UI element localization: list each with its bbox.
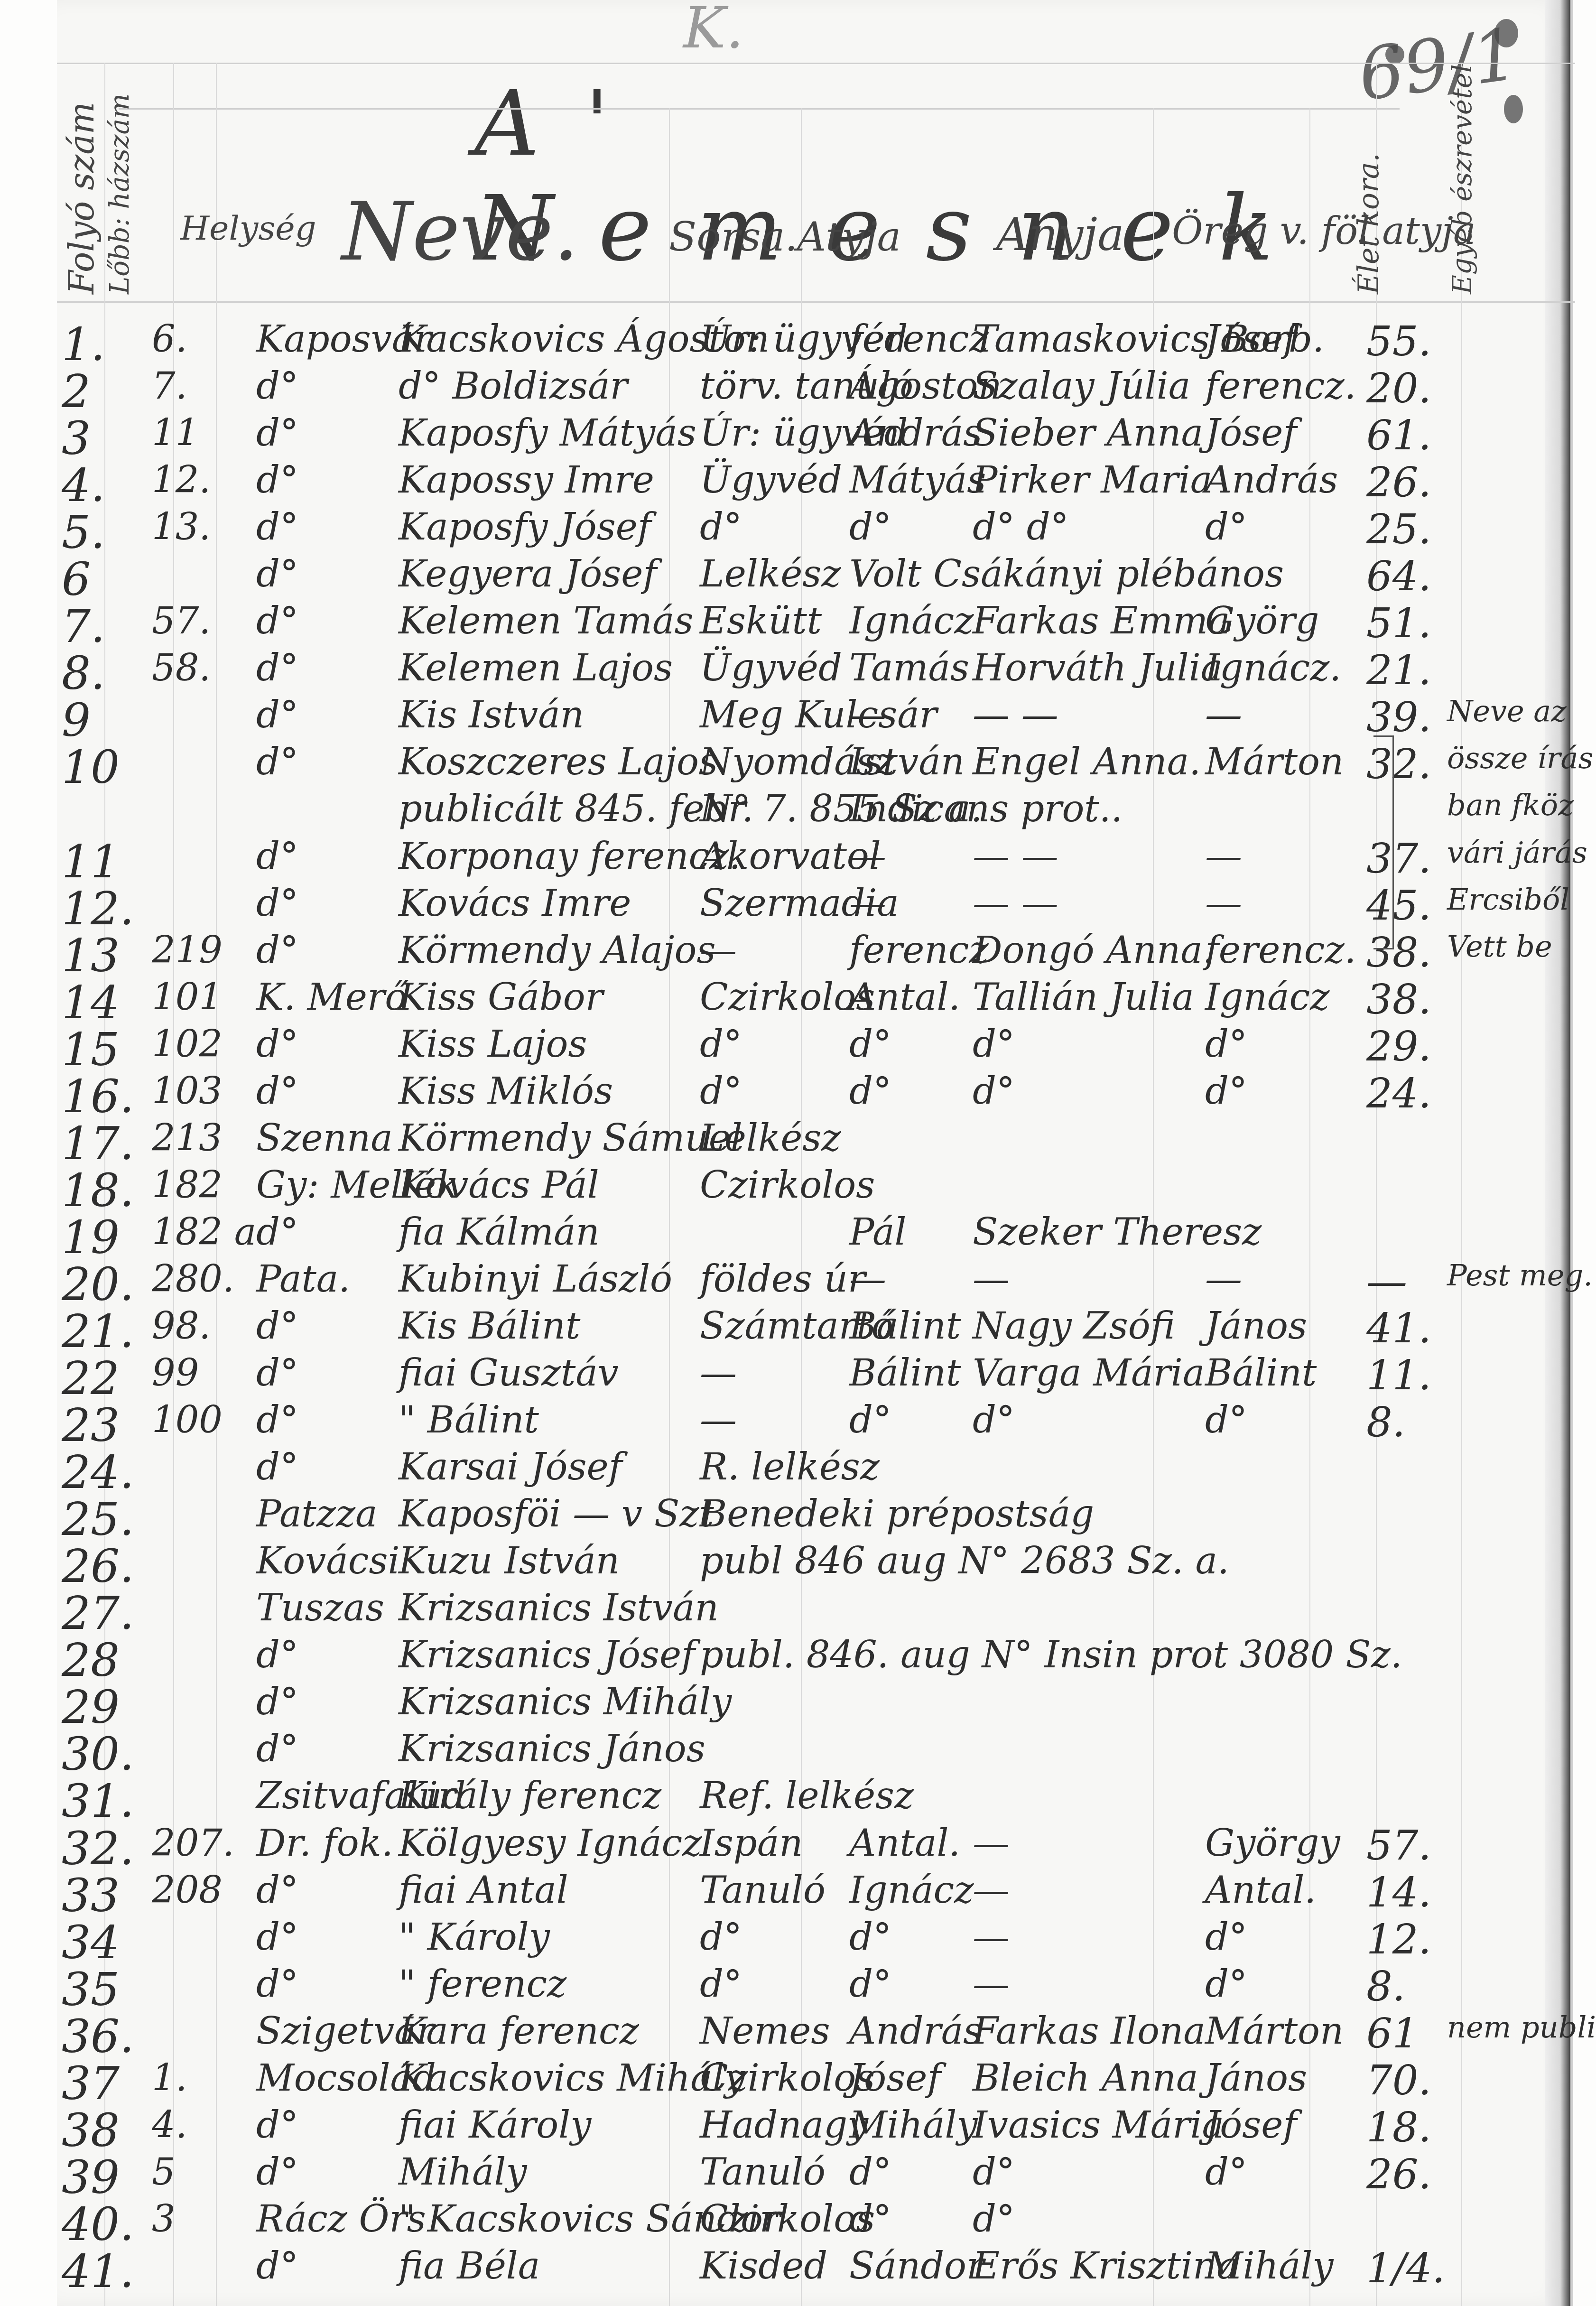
cell-place: d° — [256, 1869, 298, 1912]
table-row: 7.57.d°Kelemen TamásEsküttIgnáczFarkas E… — [57, 600, 1596, 652]
note-bracket — [1373, 735, 1394, 949]
cell-house-number: 102 — [152, 1023, 223, 1066]
cell-father: d° — [849, 2198, 891, 2241]
cell-row-number: 5. — [62, 506, 105, 559]
cell-age: 51. — [1366, 600, 1431, 647]
cell-age: 12. — [1366, 1916, 1431, 1963]
cell-mother: Pirker Maria — [973, 459, 1212, 502]
cell-father: d° — [849, 506, 891, 549]
cell-house-number: 101 — [152, 976, 223, 1019]
cell-place: Tuszas — [256, 1587, 384, 1629]
cell-grandfather: János — [1205, 1305, 1307, 1348]
cell-mother: — — [973, 1869, 1010, 1912]
cell-place: Patzza — [256, 1493, 378, 1535]
cell-place: d° — [256, 412, 298, 455]
cell-house-number: 219 — [152, 929, 223, 972]
cell-age: 39. — [1366, 694, 1431, 741]
ledger-page: K. 69/1 A' Nemesnek Folyó szám Lőbb: ház… — [57, 0, 1573, 2306]
table-row: 6d°Kegyera JósefLelkészVolt Csákányi plé… — [57, 553, 1596, 605]
header-oreg-atyja: Öreg v. föl atyja — [1172, 209, 1476, 253]
cell-grandfather: — — [1205, 835, 1242, 878]
table-row: 395d°MihályTanulód°d°d°26. — [57, 2151, 1596, 2203]
cell-house-number: 98. — [152, 1305, 211, 1348]
cell-person-name: fiai Gusztáv — [399, 1352, 619, 1395]
cell-remark: Pest meg. — [1447, 1258, 1593, 1292]
cell-mother: Ivasics Mária — [973, 2104, 1224, 2147]
cell-place: d° — [256, 835, 298, 878]
cell-place: d° — [256, 1399, 298, 1441]
cell-row-number: 6 — [62, 553, 91, 606]
cell-person-name: Kaposfy Mátyás — [399, 412, 696, 455]
cell-father: István — [849, 741, 965, 783]
cell-row-number: 22 — [62, 1352, 120, 1405]
cell-status: — — [700, 929, 737, 972]
cell-mother: d° — [973, 1070, 1015, 1113]
cell-row-number: 23 — [62, 1399, 120, 1452]
cell-grandfather: — — [1205, 694, 1242, 736]
cell-mother: Tallián Julia — [973, 976, 1194, 1019]
cell-person-name: Kiss Lajos — [399, 1023, 587, 1066]
table-row: 32.207.Dr. fok.Kölgyesy IgnáczIspánAntal… — [57, 1822, 1596, 1874]
header-rule — [119, 108, 1400, 110]
table-row: 33208d°fiai AntalTanulóIgnácz—Antal.14. — [57, 1869, 1596, 1921]
cell-mother: Engel Anna. — [973, 741, 1201, 783]
cell-row-number: 24. — [62, 1446, 134, 1499]
cell-status: Czirkolos — [700, 976, 875, 1019]
cell-grandfather: György — [1205, 1822, 1340, 1865]
cell-grandfather: — — [1205, 882, 1242, 925]
cell-house-number: 100 — [152, 1399, 223, 1441]
table-row: 19182 ad°fia KálmánPálSzeker Theresz — [57, 1211, 1596, 1263]
cell-row-number: 26. — [62, 1540, 134, 1593]
table-row: 14101K. MerőKiss GáborCzirkolosAntal.Tal… — [57, 976, 1596, 1028]
cell-row-number: 37 — [62, 2057, 120, 2110]
table-row: 25.PatzzaKaposföi — v SztBenedeki prépos… — [57, 1493, 1596, 1545]
cell-mother: — — — [973, 694, 1058, 736]
cell-age: 61. — [1366, 412, 1431, 459]
cell-age: 14. — [1366, 1869, 1431, 1916]
cell-house-number: 207. — [152, 1822, 234, 1865]
cell-age: 38. — [1366, 976, 1431, 1023]
cell-father: — — [849, 835, 886, 878]
cell-place: d° — [256, 1634, 298, 1676]
cell-person-name: Kacskovics Mihály — [399, 2057, 745, 2100]
cell-row-number: 20. — [62, 1258, 134, 1311]
table-row: 384.d°fiai KárolyHadnagyMihályIvasics Má… — [57, 2104, 1596, 2156]
cell-age: 20. — [1366, 365, 1431, 412]
cell-status: földes úr — [700, 1258, 865, 1301]
cell-row-number: 15 — [62, 1023, 120, 1076]
cell-person-name: " Károly — [399, 1916, 550, 1959]
cell-place: d° — [256, 506, 298, 549]
cell-father: Indicans prot.. — [849, 788, 1123, 830]
cell-status: publ 846 aug N° 2683 Sz. a. — [700, 1540, 1229, 1582]
header-egyeb: Egyéb észrevétel — [1447, 64, 1478, 294]
cell-status: Ref. lelkész — [700, 1775, 914, 1817]
cell-row-number: 8. — [62, 647, 105, 700]
cell-person-name: fiai Károly — [399, 2104, 591, 2147]
pencil-mark: K. — [683, 0, 744, 61]
header-atyja: Atyja — [797, 214, 901, 260]
cell-row-number: 13 — [62, 929, 120, 982]
cell-grandfather: Jósef — [1205, 412, 1297, 455]
table-row: 4.12.d°Kapossy ImreÜgyvédMátyásPirker Ma… — [57, 459, 1596, 511]
table-row: 10d°Koszczeres LajosNyomdászIstvánEngel … — [57, 741, 1596, 793]
header-rule — [57, 63, 1575, 64]
cell-house-number: 4. — [152, 2104, 187, 2147]
cell-father: Bálint — [849, 1352, 961, 1395]
cell-age: 61 — [1366, 2010, 1418, 2057]
cell-place: d° — [256, 882, 298, 925]
cell-status: Ügyvéd — [700, 459, 842, 502]
cell-age: 26. — [1366, 459, 1431, 506]
table-row: 311d°Kaposfy MátyásÚr: ügyvédAndrásSiebe… — [57, 412, 1596, 464]
table-row: 34d°" Károlyd°d°—d°12. — [57, 1916, 1596, 1968]
cell-grandfather: András — [1205, 459, 1338, 502]
cell-status: Tanuló — [700, 2151, 826, 2194]
header-folyo-szam: Folyó szám — [62, 102, 102, 294]
cell-father: Sándor — [849, 2245, 984, 2287]
cell-place: d° — [256, 1352, 298, 1395]
cell-person-name: Kovács Imre — [399, 882, 631, 925]
cell-father: Antal. — [849, 1822, 960, 1865]
table-row: 36.SzigetvárKara ferenczNemesAndrásFarka… — [57, 2010, 1596, 2062]
cell-grandfather: d° — [1205, 1963, 1247, 2006]
cell-age: 18. — [1366, 2104, 1431, 2151]
cell-row-number: 36. — [62, 2010, 134, 2063]
cell-house-number: 12. — [152, 459, 211, 502]
cell-father: d° — [849, 1916, 891, 1959]
cell-place: d° — [256, 647, 298, 689]
cell-row-number: 31. — [62, 1775, 134, 1828]
cell-grandfather: — — [1205, 1258, 1242, 1301]
cell-house-number: 57. — [152, 600, 211, 642]
cell-age: 26. — [1366, 2151, 1431, 2198]
cell-age: 25. — [1366, 506, 1431, 553]
cell-row-number: 11 — [62, 835, 120, 888]
cell-person-name: Kegyera Jósef — [399, 553, 657, 595]
cell-status: Benedeki prépostság — [700, 1493, 1094, 1535]
cell-place: K. Merő — [256, 976, 407, 1019]
table-row: publicált 845. febr.N° 7. 855 Sz a.Indic… — [57, 788, 1596, 840]
cell-mother: Varga Mária — [973, 1352, 1205, 1395]
cell-father: ferencz — [849, 929, 989, 972]
cell-person-name: Kuzu István — [399, 1540, 620, 1582]
cell-person-name: Kaposfy Jósef — [399, 506, 651, 549]
cell-mother: d° — [973, 2151, 1015, 2194]
cell-mother: d° d° — [973, 506, 1069, 549]
cell-mother: — — [973, 1963, 1010, 2006]
cell-person-name: Krizsanics Jósef — [399, 1634, 695, 1676]
cell-row-number: 2 — [62, 365, 91, 418]
cell-father: Antal. — [849, 976, 960, 1019]
table-row: 20.280.Pata.Kubinyi Lászlóföldes úr————P… — [57, 1258, 1596, 1310]
cell-status: R. lelkész — [700, 1446, 880, 1488]
cell-remark: Neve az — [1447, 694, 1567, 728]
cell-grandfather: ferencz. — [1205, 365, 1356, 408]
table-row: 8.58.d°Kelemen LajosÜgyvédTamásHorváth J… — [57, 647, 1596, 699]
cell-person-name: Kaposföi — v Szt — [399, 1493, 714, 1535]
cell-age: 29. — [1366, 1023, 1431, 1070]
cell-age: 8. — [1366, 1399, 1405, 1446]
cell-grandfather: Antal. — [1205, 1869, 1316, 1912]
cell-row-number: 25. — [62, 1493, 134, 1546]
cell-mother: Bleich Anna — [973, 2057, 1198, 2100]
table-row: 12.d°Kovács ImreSzermadia—— ——45.Ercsibő… — [57, 882, 1596, 934]
cell-place: d° — [256, 1681, 298, 1723]
cell-status: Czirkolos — [700, 1164, 875, 1207]
cell-father: d° — [849, 1070, 891, 1113]
cell-remark: Ercsiből — [1447, 882, 1569, 917]
cell-house-number: 5 — [152, 2151, 176, 2194]
cell-row-number: 29 — [62, 1681, 120, 1734]
cell-place: d° — [256, 929, 298, 972]
table-row: 15102d°Kiss Lajosd°d°d°d°29. — [57, 1023, 1596, 1075]
cell-row-number: 21. — [62, 1305, 134, 1358]
cell-person-name: fia Béla — [399, 2245, 540, 2287]
cell-row-number: 39 — [62, 2151, 120, 2204]
table-row: 371.MocsoládKacskovics MihályCzirkolosJó… — [57, 2057, 1596, 2109]
header-helyseg: Helység — [180, 209, 316, 248]
cell-person-name: Kiss Miklós — [399, 1070, 613, 1113]
cell-row-number: 14 — [62, 976, 120, 1029]
cell-person-name: Kovács Pál — [399, 1164, 599, 1207]
header-neve: Neve. — [342, 185, 579, 279]
cell-place: Pata. — [256, 1258, 350, 1301]
cell-father: Volt Csákányi plébános — [849, 553, 1284, 595]
table-row: 21.98.d°Kis BálintSzámtartóBálintNagy Zs… — [57, 1305, 1596, 1357]
table-row: 13219d°Körmendy Alajos—ferenczDongó Anna… — [57, 929, 1596, 981]
header-hazszam: Lőbb: házszám — [104, 93, 135, 294]
cell-row-number: 35 — [62, 1963, 120, 2016]
cell-mother: — — — [973, 835, 1058, 878]
cell-row-number: 7. — [62, 600, 105, 653]
cell-place: d° — [256, 2151, 298, 2194]
cell-person-name: " ferencz — [399, 1963, 566, 2006]
cell-place: d° — [256, 600, 298, 642]
cell-status: Meg Kulcsár — [700, 694, 937, 736]
cell-status: Kisded — [700, 2245, 827, 2287]
cell-remark: ban fköz — [1447, 788, 1574, 822]
cell-row-number: 30. — [62, 1728, 134, 1781]
cell-father: d° — [849, 1963, 891, 2006]
cell-father: ferencz — [849, 318, 989, 361]
table-row: 9d°Kis IstvánMeg Kulcsár—— ——39.Neve az — [57, 694, 1596, 746]
table-row: 26.KovácsiKuzu Istvánpubl 846 aug N° 268… — [57, 1540, 1596, 1592]
cell-father: András — [849, 412, 982, 455]
cell-mother: Horváth Julia — [973, 647, 1223, 689]
cell-status: d° — [700, 1963, 742, 2006]
cell-place: d° — [256, 553, 298, 595]
cell-place: d° — [256, 2104, 298, 2147]
cell-place: d° — [256, 1446, 298, 1488]
cell-grandfather: Jósef — [1205, 2104, 1297, 2147]
cell-person-name: fia Kálmán — [399, 1211, 600, 1254]
cell-remark: Vett be — [1447, 929, 1552, 964]
cell-person-name: Kubinyi László — [399, 1258, 672, 1301]
cell-status: Eskütt — [700, 600, 822, 642]
table-row: 24.d°Karsai JósefR. lelkész — [57, 1446, 1596, 1498]
cell-house-number: 103 — [152, 1070, 223, 1113]
cell-status: publ. 846. aug N° Insin prot 3080 Sz. — [700, 1634, 1402, 1676]
cell-row-number: 18. — [62, 1164, 134, 1217]
table-row: 29d°Krizsanics Mihály — [57, 1681, 1596, 1733]
cell-person-name: Korponay ferencz. — [399, 835, 741, 878]
cell-status: Hadnagy — [700, 2104, 868, 2147]
cell-father: Bálint — [849, 1305, 961, 1348]
header-rule — [57, 301, 1575, 303]
cell-mother: Dongó Anna. — [973, 929, 1215, 972]
cell-place: d° — [256, 741, 298, 783]
cell-status: — — [700, 1352, 737, 1395]
cell-age: 41. — [1366, 1305, 1431, 1352]
cell-person-name: " Bálint — [399, 1399, 539, 1441]
cell-status: Lelkész — [700, 1117, 841, 1160]
cell-mother: — — — [973, 882, 1058, 925]
cell-house-number: 7. — [152, 365, 187, 408]
cell-house-number: 213 — [152, 1117, 223, 1160]
table-row: 30.d°Krizsanics János — [57, 1728, 1596, 1780]
cell-father: Tamás — [849, 647, 969, 689]
cell-row-number: 34 — [62, 1916, 120, 1969]
cell-mother: d° — [973, 2198, 1015, 2241]
cell-age: 64. — [1366, 553, 1431, 600]
cell-status: — — [700, 1399, 737, 1441]
cell-mother: — — [973, 1258, 1010, 1301]
cell-person-name: Krizsanics János — [399, 1728, 705, 1770]
cell-row-number: 12. — [62, 882, 134, 935]
header-sorsa: Sorsa. — [669, 214, 798, 260]
table-row: 40.3Rácz Örs" Kacskovics SándorCzirkolos… — [57, 2198, 1596, 2250]
table-row: 23100d°" Bálint—d°d°d°8. — [57, 1399, 1596, 1451]
cell-row-number: 16. — [62, 1070, 134, 1123]
cell-row-number: 9 — [62, 694, 91, 747]
cell-person-name: Kiss Gábor — [399, 976, 603, 1019]
cell-person-name: Kis Bálint — [399, 1305, 580, 1348]
cell-place: d° — [256, 1023, 298, 1066]
cell-father: Mátyás — [849, 459, 986, 502]
cell-age: — — [1366, 1258, 1407, 1305]
cell-age: 21. — [1366, 647, 1431, 694]
cell-row-number: 10 — [62, 741, 120, 794]
cell-row-number: 41. — [62, 2245, 134, 2298]
cell-place: d° — [256, 1305, 298, 1348]
cell-row-number: 17. — [62, 1117, 134, 1170]
cell-father: d° — [849, 1023, 891, 1066]
cell-remark: össze írás — [1447, 741, 1593, 775]
cell-row-number: 1. — [62, 318, 105, 371]
table-row: 5.13.d°Kaposfy Jósefd°d°d° d°d°25. — [57, 506, 1596, 558]
cell-age: 8. — [1366, 1963, 1405, 2010]
cell-person-name: Kara ferencz — [399, 2010, 639, 2053]
table-row: 35d°" ferenczd°d°—d°8. — [57, 1963, 1596, 2015]
table-row: 31.ZsitvafaludKirály ferenczRef. lelkész — [57, 1775, 1596, 1827]
cell-father: Mihály — [849, 2104, 978, 2147]
cell-father: Ignácz — [849, 1869, 974, 1912]
cell-remark: vári járás — [1447, 835, 1587, 870]
cell-grandfather: d° — [1205, 1023, 1247, 1066]
cell-mother: — — [973, 1916, 1010, 1959]
cell-grandfather: Márton — [1205, 2010, 1344, 2053]
cell-age: 57. — [1366, 1822, 1431, 1869]
cell-place: d° — [256, 1963, 298, 2006]
cell-grandfather: Ignácz — [1205, 976, 1329, 1019]
cell-status: Tanuló — [700, 1869, 826, 1912]
cell-place: d° — [256, 2245, 298, 2287]
cell-place: d° — [256, 1211, 298, 1254]
cell-grandfather: Györg — [1205, 600, 1319, 642]
cell-place: Dr. fok. — [256, 1822, 393, 1865]
cell-grandfather: Jósef — [1205, 318, 1297, 361]
cell-grandfather: d° — [1205, 1070, 1247, 1113]
cell-mother: — — [973, 1822, 1010, 1865]
cell-place: Kovácsi — [256, 1540, 399, 1582]
cell-status: d° — [700, 1916, 742, 1959]
cell-person-name: Kis István — [399, 694, 584, 736]
cell-father: d° — [849, 1399, 891, 1441]
cell-person-name: fiai Antal — [399, 1869, 568, 1912]
table-row: 16.103d°Kiss Miklósd°d°d°d°24. — [57, 1070, 1596, 1122]
cell-house-number: 58. — [152, 647, 211, 689]
cell-father: — — [849, 882, 886, 925]
cell-row-number: 28 — [62, 1634, 120, 1687]
cell-place: d° — [256, 694, 298, 736]
cell-person-name: Körmendy Alajos — [399, 929, 716, 972]
table-row: 2299d°fiai Gusztáv—BálintVarga MáriaBáli… — [57, 1352, 1596, 1404]
cell-mother: Farkas Ilona — [973, 2010, 1206, 2053]
cell-age: 70. — [1366, 2057, 1431, 2104]
cell-person-name: Krizsanics István — [399, 1587, 719, 1629]
cell-row-number: 4. — [62, 459, 105, 512]
ink-blot — [1494, 19, 1518, 47]
table-row: 17.213SzennaKörmendy SámuelLelkész — [57, 1117, 1596, 1169]
cell-status: Czirkolos — [700, 2057, 875, 2100]
cell-row-number: 19 — [62, 1211, 120, 1264]
cell-mother: Sieber Anna — [973, 412, 1203, 455]
cell-mother: Nagy Zsófi — [973, 1305, 1175, 1348]
cell-status: Ügyvéd — [700, 647, 842, 689]
cell-father: Pál — [849, 1211, 906, 1254]
cell-status: Nemes — [700, 2010, 830, 2053]
cell-status: d° — [700, 1023, 742, 1066]
cell-place: d° — [256, 365, 298, 408]
cell-person-name: Király ferencz — [399, 1775, 661, 1817]
cell-person-name: Krizsanics Mihály — [399, 1681, 732, 1723]
cell-status: Lelkész — [700, 553, 841, 595]
cell-grandfather: d° — [1205, 506, 1247, 549]
cell-row-number: 38 — [62, 2104, 120, 2157]
cell-father: — — [849, 694, 886, 736]
cell-mother: Szeker Theresz — [973, 1211, 1262, 1254]
cell-house-number: 3 — [152, 2198, 176, 2241]
cell-father: d° — [849, 2151, 891, 2194]
cell-house-number: 13. — [152, 506, 211, 549]
table-row: 11d°Korponay ferencz.Akorvatol—— ——37.vá… — [57, 835, 1596, 887]
cell-status: Ispán — [700, 1822, 803, 1865]
cell-house-number: 182 a — [152, 1211, 256, 1254]
cell-age: 24. — [1366, 1070, 1431, 1117]
cell-age: 55. — [1366, 318, 1431, 365]
cell-person-name: Kelemen Lajos — [399, 647, 673, 689]
cell-remark: nem public — [1447, 2010, 1596, 2045]
header-eletkora: Élet kora. — [1352, 153, 1385, 294]
cell-mother: Erős Krisztina — [973, 2245, 1239, 2287]
cell-house-number: 280. — [152, 1258, 234, 1301]
cell-grandfather: ferencz. — [1205, 929, 1356, 972]
cell-status: d° — [700, 1070, 742, 1113]
cell-mother: Farkas Emma — [973, 600, 1230, 642]
cell-grandfather: d° — [1205, 2151, 1247, 2194]
